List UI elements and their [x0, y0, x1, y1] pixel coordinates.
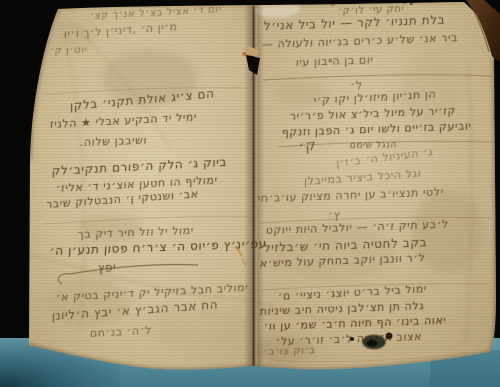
- manuscript-artwork: [0, 0, 500, 387]
- manuscript-scan: יום ד׳ אציל בצ׳ל אנ׳ך קצ׳ מ׳ין ה׳ ,דיני׳…: [0, 0, 500, 387]
